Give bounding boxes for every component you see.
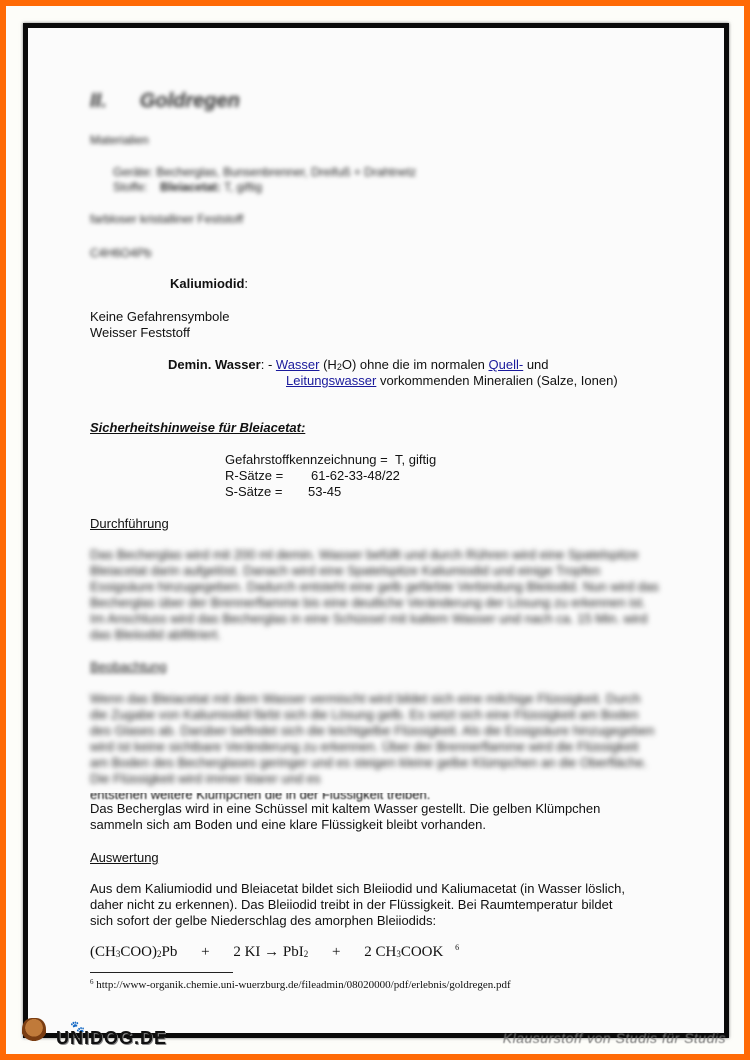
kaliumiodid-label: Kaliumiodid xyxy=(170,276,244,291)
product-1: PbI xyxy=(283,944,304,960)
substances-label: Stoffe: xyxy=(113,180,147,194)
logo-text: UNIDOG.DE xyxy=(56,1028,167,1049)
substance-name: Bleiacetat: xyxy=(160,180,221,194)
tagline: Klausurstoff von Studis für Studis xyxy=(503,1030,726,1046)
demin-text-2: und xyxy=(523,357,548,372)
demin-text-1b: O) ohne die im normalen xyxy=(342,357,489,372)
substance-hazard: T, giftig xyxy=(224,180,262,194)
demin-text-1a: (H xyxy=(319,357,336,372)
observation-text-blurred: Wenn das Bleiacetat mit dem Wasser vermi… xyxy=(90,691,655,787)
materials-heading: Materialien xyxy=(90,133,149,148)
observation-clear-1: Das Becherglas wird in eine Schüssel mit… xyxy=(90,801,600,817)
product-2-part: 2 CH xyxy=(364,944,396,960)
demin-label: Demin. Wasser xyxy=(168,357,261,372)
safety-heading: Sicherheitshinweise für Bleiacetat: xyxy=(90,420,305,436)
kaliumiodid-line-2: Weisser Feststoff xyxy=(90,325,190,341)
reactant-1-part: (CH xyxy=(90,944,116,960)
procedure-text: Das Becherglas wird mit 200 ml demin. Wa… xyxy=(90,547,660,643)
substance-formula: C4H6O4Pb xyxy=(90,246,151,261)
safety-row-3: S-Sätze = 53-45 xyxy=(225,484,282,500)
title-number: II. xyxy=(90,90,107,112)
procedure-heading: Durchführung xyxy=(90,516,169,532)
substances-line: Stoffe: Bleiacetat: T, giftig xyxy=(113,180,262,195)
footnote-ref[interactable]: 6 xyxy=(455,943,459,952)
demin-water-line-2: Leitungswasser vorkommenden Mineralien (… xyxy=(286,373,618,389)
document-page: II. Goldregen Materialien Geräte: Becher… xyxy=(23,23,729,1038)
kaliumiodid-heading: Kaliumiodid: xyxy=(170,276,248,292)
observation-heading: Beobachtung xyxy=(90,659,167,675)
kaliumiodid-line-1: Keine Gefahrensymbole xyxy=(90,309,229,325)
product-2-part: COOK xyxy=(401,944,444,960)
equipment-label: Geräte: xyxy=(113,165,153,179)
evaluation-line-1: Aus dem Kaliumiodid und Bleiacetat bilde… xyxy=(90,881,625,897)
safety-value: 53-45 xyxy=(308,484,341,500)
footnote: 6 http://www-organik.chemie.uni-wuerzbur… xyxy=(90,978,511,991)
dog-mascot-icon xyxy=(22,1018,46,1046)
demin-prefix: : - xyxy=(261,357,276,372)
safety-label: Gefahrstoffkennzeichnung = xyxy=(225,452,388,467)
unidog-logo[interactable]: 🐾 UNIDOG.DE xyxy=(22,1018,162,1048)
plus-sign: + xyxy=(332,944,340,960)
demin-text-3: vorkommenden Mineralien (Salze, Ionen) xyxy=(376,373,617,388)
link-leitungswasser[interactable]: Leitungswasser xyxy=(286,373,376,388)
arrow-icon: → xyxy=(264,944,279,960)
document-title: II. Goldregen xyxy=(90,90,240,113)
evaluation-heading: Auswertung xyxy=(90,850,159,866)
substance-description: farbloser kristalliner Feststoff xyxy=(90,212,243,227)
link-wasser[interactable]: Wasser xyxy=(276,357,320,372)
footnote-url[interactable]: http://www-organik.chemie.uni-wuerzburg.… xyxy=(94,979,511,991)
reactant-1-part: Pb xyxy=(162,944,178,960)
safety-value: T, giftig xyxy=(395,452,436,467)
safety-row-2: R-Sätze = 61-62-33-48/22 xyxy=(225,468,283,484)
observation-clear-2: sammeln sich am Boden und eine klare Flü… xyxy=(90,817,486,833)
equipment-line: Geräte: Becherglas, Bunsenbrenner, Dreif… xyxy=(113,165,416,180)
safety-row-1: Gefahrstoffkennzeichnung = T, giftig xyxy=(225,452,436,468)
safety-value: 61-62-33-48/22 xyxy=(311,468,400,484)
reactant-2: 2 KI xyxy=(233,944,260,960)
plus-sign: + xyxy=(201,944,209,960)
reactant-1-part: COO) xyxy=(120,944,157,960)
evaluation-line-3: sich sofort der gelbe Niederschlag des a… xyxy=(90,913,436,929)
footnote-divider xyxy=(90,972,233,973)
chemical-equation: (CH3COO)2Pb + 2 KI → PbI2 + 2 CH3COOK 6 xyxy=(90,943,459,961)
evaluation-line-2: daher nicht zu erkennen). Das Bleiiodid … xyxy=(90,897,612,913)
title-text: Goldregen xyxy=(140,90,240,112)
link-quell[interactable]: Quell- xyxy=(489,357,524,372)
equipment-value: Becherglas, Bunsenbrenner, Dreifuß + Dra… xyxy=(156,165,416,179)
safety-label: S-Sätze = xyxy=(225,484,282,499)
safety-label: R-Sätze = xyxy=(225,468,283,483)
kaliumiodid-colon: : xyxy=(244,276,248,291)
subscript: 2 xyxy=(304,949,309,959)
